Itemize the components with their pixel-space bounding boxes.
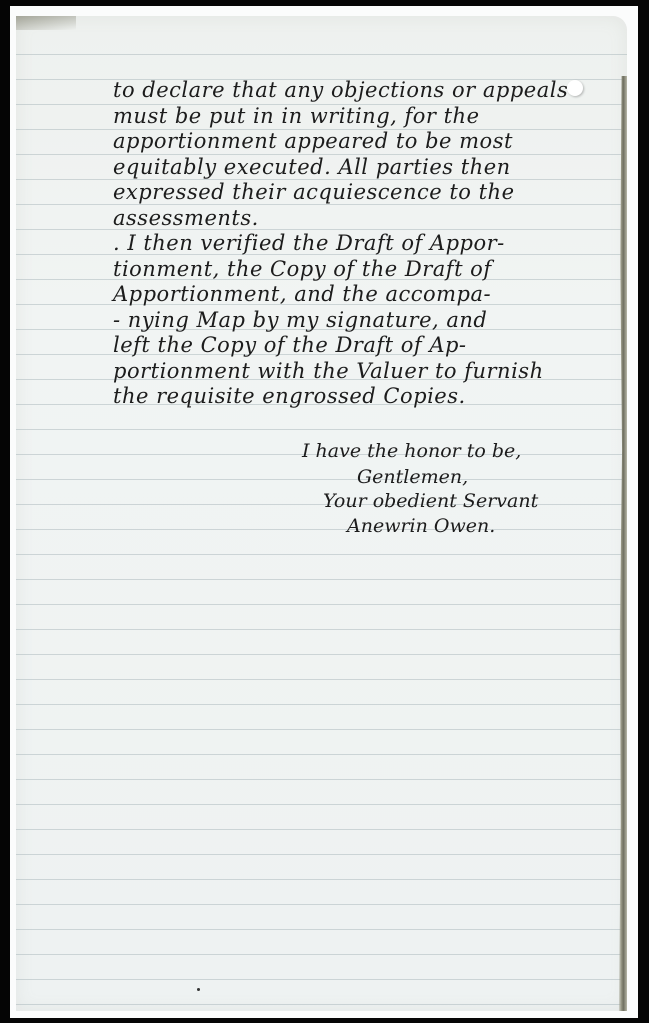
- body-line-9: Apportionment, and the accompa-: [113, 282, 568, 308]
- punch-hole: [567, 80, 583, 96]
- body-line-12: portionment with the Valuer to furnish: [113, 359, 568, 385]
- body-line-4: equitably executed. All parties then: [113, 155, 568, 181]
- body-line-7: . I then verified the Draft of Appor-: [113, 231, 568, 257]
- body-line-11: left the Copy of the Draft of Ap-: [113, 333, 568, 359]
- body-line-1: to declare that any objections or appeal…: [113, 78, 568, 104]
- body-line-2: must be put in in writing, for the: [113, 104, 568, 130]
- body-line-5: expressed their acquiescence to the: [113, 180, 568, 206]
- closing-salutation: Gentlemen,: [357, 466, 468, 488]
- body-line-13: the requisite engrossed Copies.: [113, 384, 568, 410]
- ink-speck: [197, 988, 200, 991]
- body-line-10: - nying Map by my signature, and: [113, 308, 568, 334]
- body-line-8: tionment, the Copy of the Draft of: [113, 257, 568, 283]
- scan-background: to declare that any objections or appeal…: [0, 0, 649, 1023]
- closing-complimentary: I have the honor to be,: [302, 440, 521, 462]
- body-line-6: assessments.: [113, 206, 568, 232]
- closing-sign-off: Your obedient Servant: [323, 490, 538, 512]
- signature: Anewrin Owen.: [347, 515, 495, 537]
- letter-body: to declare that any objections or appeal…: [113, 78, 568, 410]
- body-line-3: apportionment appeared to be most: [113, 129, 568, 155]
